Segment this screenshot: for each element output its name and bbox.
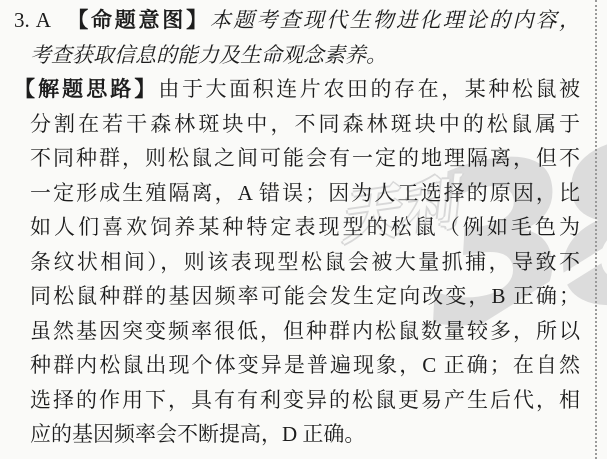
question-number: 3. — [14, 8, 30, 32]
text-line: 3.A【命题意图】本题考查现代生物进化理论的内容， — [30, 3, 580, 38]
answer-key-page: 38 天利 3.A【命题意图】本题考查现代生物进化理论的内容， 考查获取信息的能… — [0, 0, 607, 459]
text-line: 虽然基因突变频率很低，但种群内松鼠数量较多，所以 — [30, 314, 580, 349]
answer-letter: A — [36, 8, 51, 32]
text-line: 考查获取信息的能力及生命观念素养。 — [30, 38, 580, 73]
text-line-segment: 本题考查现代生物进化理论的内容， — [210, 8, 580, 32]
text-line: 种群内松鼠出现个体变异是普遍现象，C 正确；在自然 — [30, 348, 580, 383]
text-line: 条纹状相间），则该表现型松鼠会被大量抓捕，导致不 — [30, 245, 580, 280]
text-line: 同松鼠种群的基因频率可能会发生定向改变，B 正确； — [30, 279, 580, 314]
intent-section-label: 【命题意图】 — [65, 8, 210, 32]
analysis-paragraph: 【解题思路】由于大面积连片农田的存在，某种松鼠被 分割在若干森林斑块中，不同森林… — [30, 72, 580, 452]
text-line-segment: 由于大面积连片农田的存在，某种松鼠被 — [158, 77, 580, 101]
text-line: 选择的作用下，具有有利变异的松鼠更易产生后代，相 — [30, 383, 580, 418]
text-line: 一定形成生殖隔离，A 错误；因为人工选择的原因，比 — [30, 176, 580, 211]
text-line: 不同种群，则松鼠之间可能会有一定的地理隔离，但不 — [30, 141, 580, 176]
text-line: 应的基因频率会不断提高，D 正确。 — [30, 417, 580, 452]
text-line: 分割在若干森林斑块中，不同森林斑块中的松鼠属于 — [30, 107, 580, 142]
text-line: 【解题思路】由于大面积连片农田的存在，某种松鼠被 — [30, 72, 580, 107]
intent-paragraph: 3.A【命题意图】本题考查现代生物进化理论的内容， 考查获取信息的能力及生命观念… — [30, 3, 580, 72]
dotted-column-divider — [595, 0, 597, 459]
question-explanation: 3.A【命题意图】本题考查现代生物进化理论的内容， 考查获取信息的能力及生命观念… — [30, 3, 580, 452]
text-line: 如人们喜欢饲养某种特定表现型的松鼠（例如毛色为 — [30, 210, 580, 245]
analysis-section-label: 【解题思路】 — [14, 77, 158, 101]
